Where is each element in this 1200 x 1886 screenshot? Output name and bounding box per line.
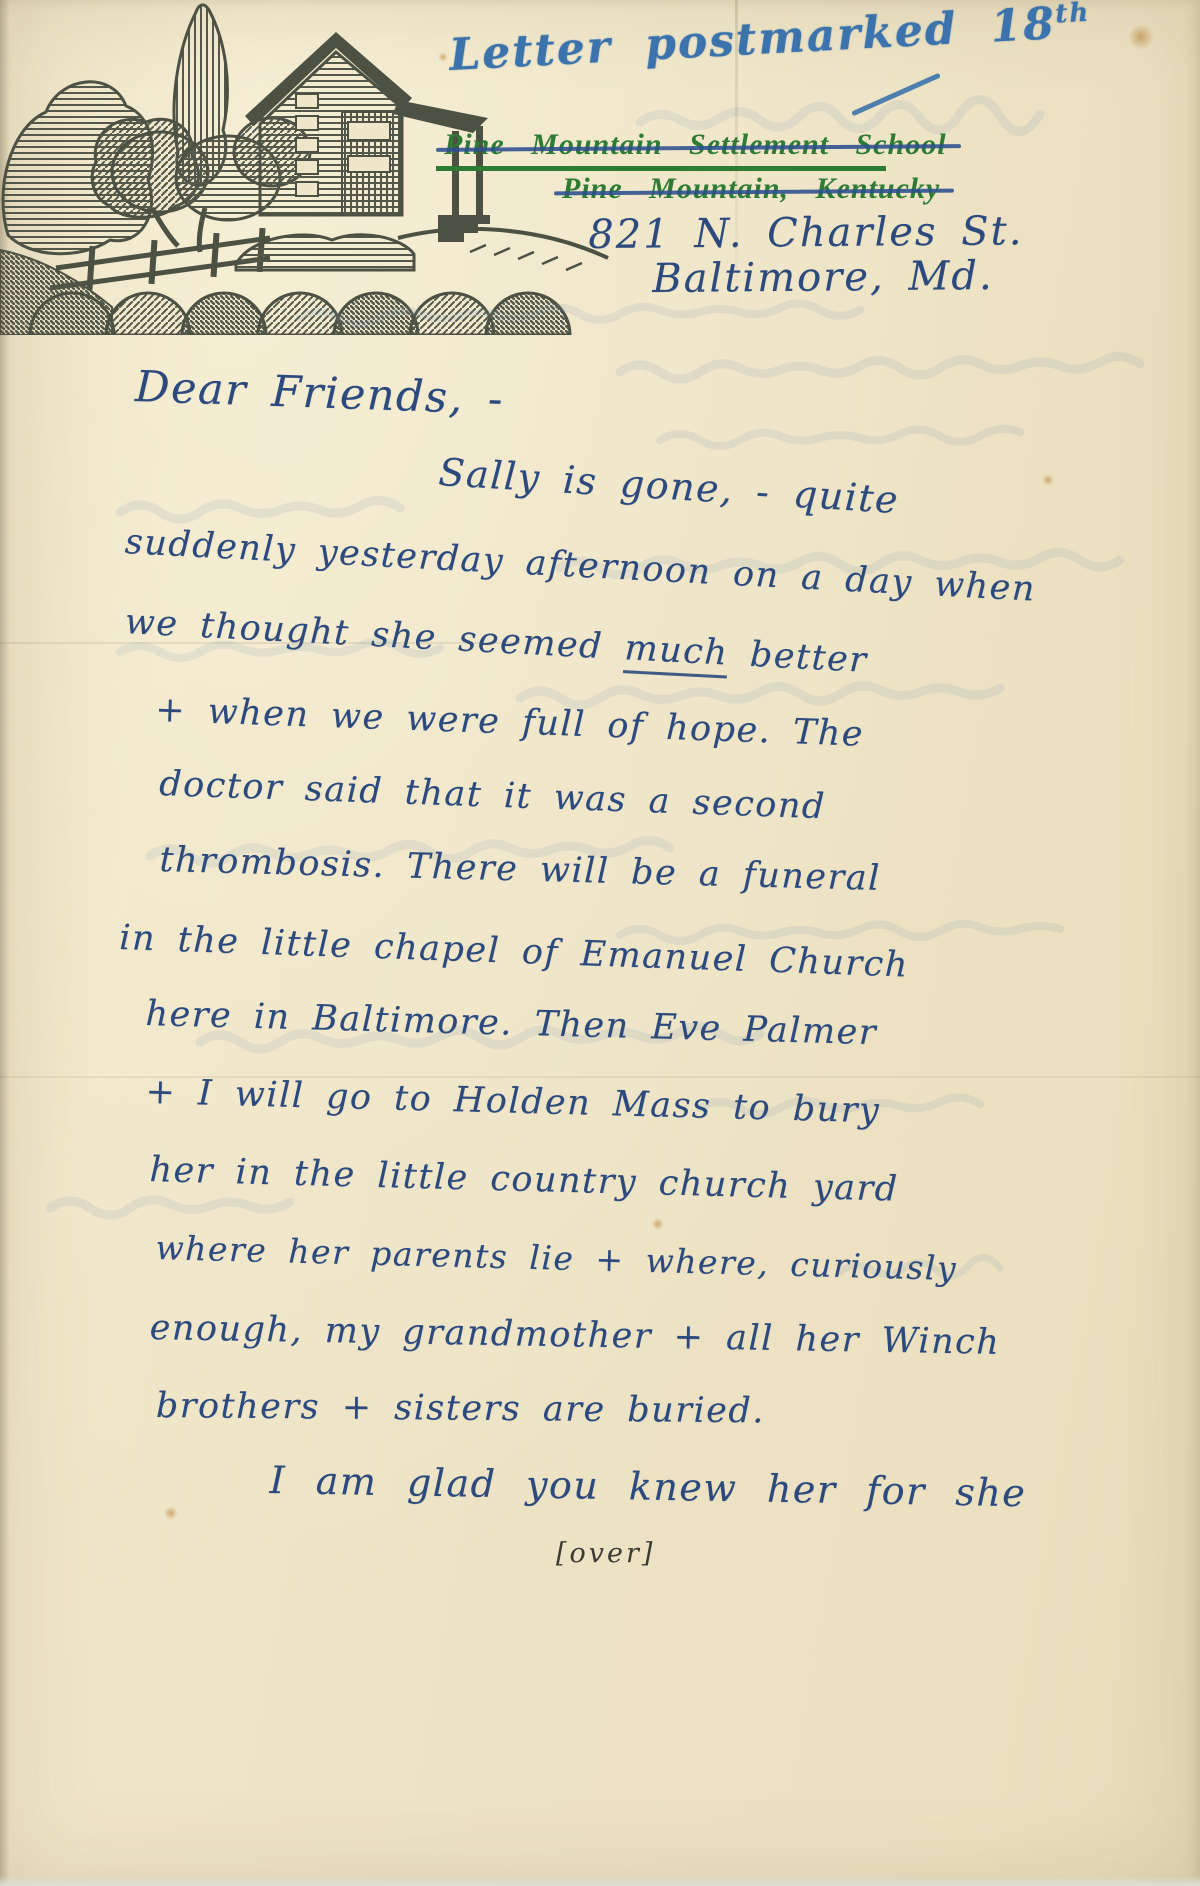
body-line: brothers + sisters are buried. (156, 1386, 765, 1431)
paper-stain (652, 1218, 664, 1230)
poplar-tree (174, 5, 227, 185)
body-line: in the little chapel of Emanuel Church (119, 918, 910, 986)
salutation: Dear Friends, - (134, 362, 505, 425)
body-line-text: better (727, 634, 868, 681)
mound (236, 235, 414, 270)
foliage (112, 132, 208, 212)
fence-posts (86, 228, 265, 290)
porch-steps (438, 215, 490, 242)
paper-stain (164, 1506, 178, 1520)
postmark-annotation-suffix: th (1055, 0, 1091, 30)
paper-stain (1128, 24, 1154, 50)
body-line: thrombosis. There will be a funeral (159, 840, 881, 899)
body-line: + I will go to Holden Mass to bury (145, 1072, 881, 1131)
tree-trunk (152, 208, 205, 252)
paper-stain (1042, 474, 1054, 486)
letterhead-location-line: Pine Mountain, Kentucky (562, 172, 940, 206)
fold-crease (735, 0, 738, 330)
page-edge (0, 1875, 1200, 1886)
letterhead-school-line: Pine Mountain Settlement School (444, 128, 947, 162)
hedge-row (30, 293, 570, 335)
foliage (234, 118, 310, 186)
over-note: [over] (556, 1538, 655, 1569)
house-wall-right (342, 112, 400, 215)
house-roof (245, 32, 412, 126)
fold-crease (0, 642, 520, 644)
body-line: I am glad you knew her for she (269, 1458, 1026, 1515)
body-line: Sally is gone, - quite (437, 450, 900, 522)
address-line-2: Baltimore, Md. (652, 253, 994, 302)
body-line: where her parents lie + where, curiously (155, 1228, 958, 1288)
body-line: + when we were full of hope. The (155, 690, 865, 755)
postmark-annotation-underline (851, 73, 941, 117)
body-line: suddenly yesterday afternoon on a day wh… (124, 522, 1037, 610)
bush-left (3, 82, 153, 254)
house-wall (260, 52, 402, 215)
hill-line (398, 229, 608, 258)
body-line: her in the little country church yard (149, 1150, 899, 1210)
body-line: here in Baltimore. Then Eve Palmer (145, 994, 878, 1053)
underlined-word: much (623, 628, 729, 678)
postmark-annotation: Letter postmarked 18th (448, 0, 1092, 81)
fold-crease (0, 1076, 1200, 1078)
ground (0, 250, 112, 335)
bush-left-2 (92, 119, 198, 217)
letterhead-rule (436, 166, 886, 171)
body-line: enough, my grandmother + all her Winch (149, 1308, 1000, 1363)
fence-rails (50, 238, 270, 288)
body-line-text: we thought she seemed (124, 602, 626, 668)
page-edge (0, 0, 10, 1886)
body-line: doctor said that it was a second (159, 764, 827, 827)
paper-stain (438, 52, 448, 62)
address-line-1: 821 N. Charles St. (588, 208, 1024, 258)
house-windows (296, 94, 390, 196)
hill-grass (470, 245, 582, 270)
letter-page: Letter postmarked 18th Pine Mountain Set… (0, 0, 1200, 1886)
foliage (176, 136, 280, 220)
postmark-annotation-text: Letter postmarked 18 (448, 0, 1057, 81)
